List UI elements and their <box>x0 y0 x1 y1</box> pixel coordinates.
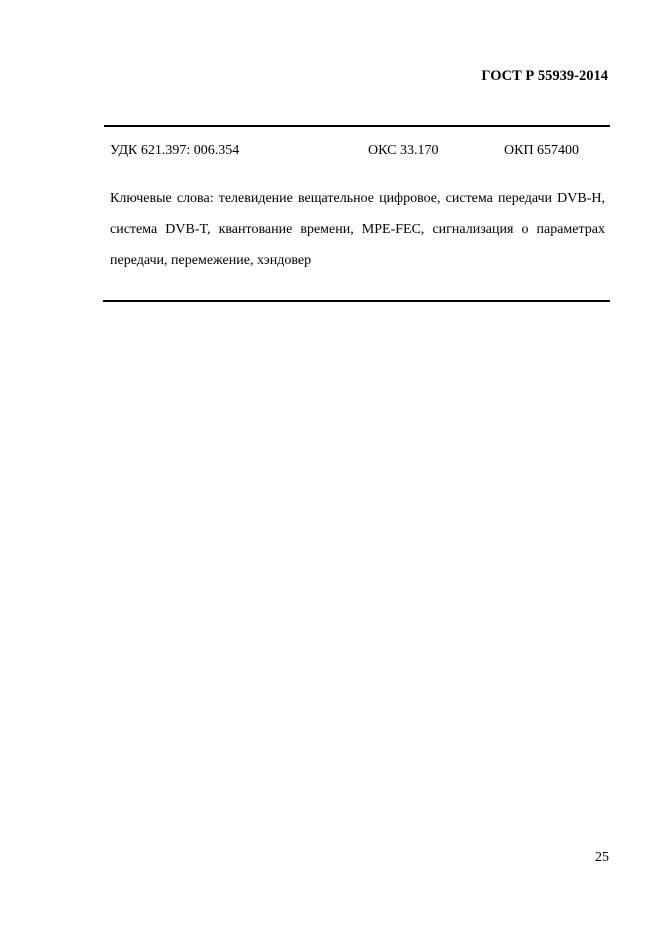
keywords-line: Ключевые слова: телевидение вещательное … <box>110 183 605 214</box>
page-number: 25 <box>595 850 609 866</box>
oks-code: ОКС 33.170 <box>368 143 438 159</box>
udk-code: УДК 621.397: 006.354 <box>110 143 239 159</box>
keywords-line: передачи, перемежение, хэндовер <box>110 245 605 276</box>
keywords-line: система DVB-T, квантование времени, MPE-… <box>110 214 605 245</box>
keywords-paragraph: Ключевые слова: телевидение вещательное … <box>110 183 605 276</box>
bottom-divider <box>103 300 610 302</box>
okp-code: ОКП 657400 <box>504 143 579 159</box>
standard-code-header: ГОСТ Р 55939-2014 <box>481 68 608 85</box>
top-divider <box>104 125 610 127</box>
